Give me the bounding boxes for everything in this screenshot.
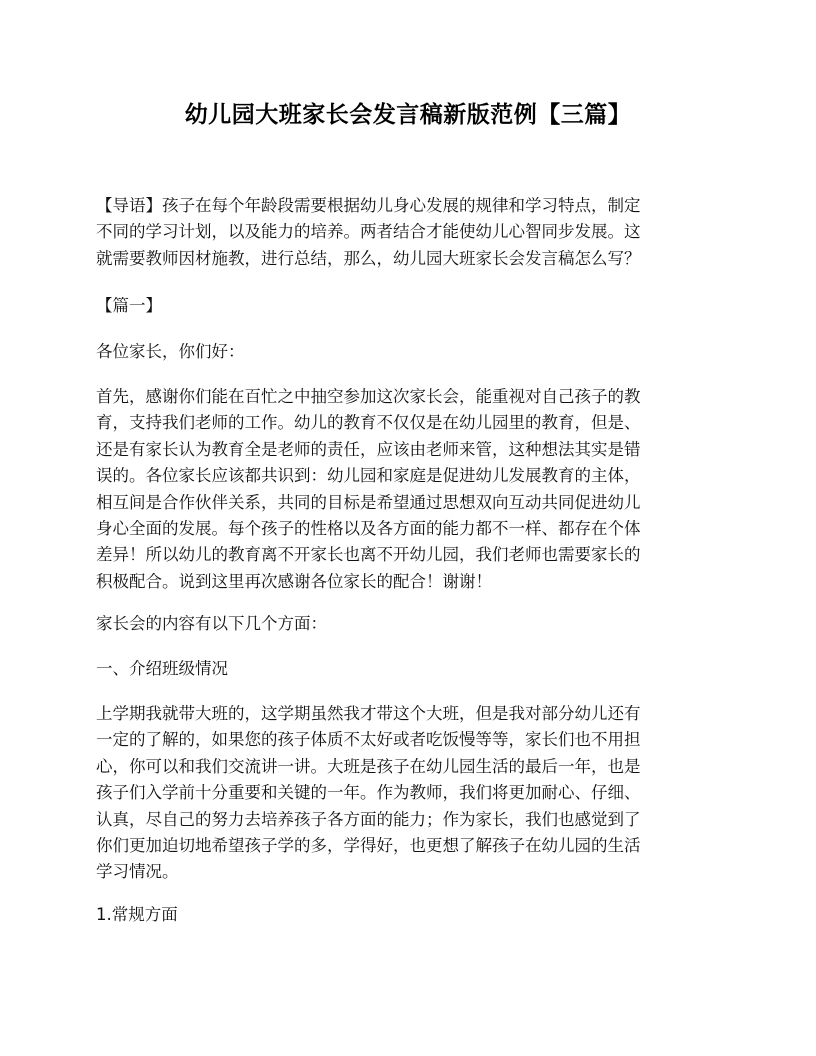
text-line: 就需要教师因材施教，进行总结，那么，幼儿园大班家长会发言稿怎么写？ [96,246,716,272]
body-paragraph-2: 上学期我就带大班的，这学期虽然我才带这个大班，但是我对部分幼儿还有 一定的了解的… [96,701,716,886]
text-line: 上学期我就带大班的，这学期虽然我才带这个大班，但是我对部分幼儿还有 [96,701,716,727]
document-title: 幼儿园大班家长会发言稿新版范例【三篇】 [0,99,816,131]
text-line: 家长会的内容有以下几个方面： [96,611,716,637]
text-line: 积极配合。说到这里再次感谢各位家长的配合！谢谢！ [96,569,716,595]
section-heading: 1.常规方面 [96,902,716,928]
body-paragraph-1: 首先，感谢你们能在百忙之中抽空参加这次家长会，能重视对自己孩子的教 育，支持我们… [96,384,716,595]
text-line: 误的。各位家长应该都共识到：幼儿园和家庭是促进幼儿发展教育的主体， [96,463,716,489]
text-line: 【导语】孩子在每个年龄段需要根据幼儿身心发展的规律和学习特点，制定 [96,193,716,219]
text-line: 一定的了解的，如果您的孩子体质不太好或者吃饭慢等等，家长们也不用担 [96,727,716,753]
text-line: 相互间是合作伙伴关系，共同的目标是希望通过思想双向互动共同促进幼儿 [96,490,716,516]
text-line: 你们更加迫切地希望孩子学的多，学得好，也更想了解孩子在幼儿园的生活 [96,833,716,859]
section1-heading: 一、介绍班级情况 [96,656,716,682]
text-line: 各位家长，你们好： [96,339,716,365]
text-line: 不同的学习计划，以及能力的培养。两者结合才能使幼儿心智同步发展。这 [96,219,716,245]
text-line: 学习情况。 [96,859,716,885]
text-line: 还是有家长认为教育全是老师的责任，应该由老师来管，这种想法其实是错 [96,437,716,463]
document-page: 幼儿园大班家长会发言稿新版范例【三篇】 【导语】孩子在每个年龄段需要根据幼儿身心… [0,0,816,1056]
text-line: 心，你可以和我们交流讲一讲。大班是孩子在幼儿园生活的最后一年，也是 [96,754,716,780]
text-line: 差异！所以幼儿的教育离不开家长也离不开幼儿园，我们老师也需要家长的 [96,542,716,568]
intro-paragraph: 【导语】孩子在每个年龄段需要根据幼儿身心发展的规律和学习特点，制定 不同的学习计… [96,193,716,272]
text-line: 育，支持我们老师的工作。幼儿的教育不仅仅是在幼儿园里的教育，但是、 [96,410,716,436]
agenda-intro-paragraph: 家长会的内容有以下几个方面： [96,611,716,637]
subsection1-heading: 1.常规方面 [96,902,716,928]
text-line: 首先，感谢你们能在百忙之中抽空参加这次家长会，能重视对自己孩子的教 [96,384,716,410]
text-line: 孩子们入学前十分重要和关键的一年。作为教师，我们将更加耐心、仔细、 [96,780,716,806]
text-line: 认真，尽自己的努力去培养孩子各方面的能力；作为家长，我们也感觉到了 [96,807,716,833]
part1-heading: 【篇一】 [96,293,716,319]
greeting-paragraph: 各位家长，你们好： [96,339,716,365]
section-heading: 一、介绍班级情况 [96,656,716,682]
section-heading: 【篇一】 [96,293,716,319]
text-line: 身心全面的发展。每个孩子的性格以及各方面的能力都不一样、都存在个体 [96,516,716,542]
